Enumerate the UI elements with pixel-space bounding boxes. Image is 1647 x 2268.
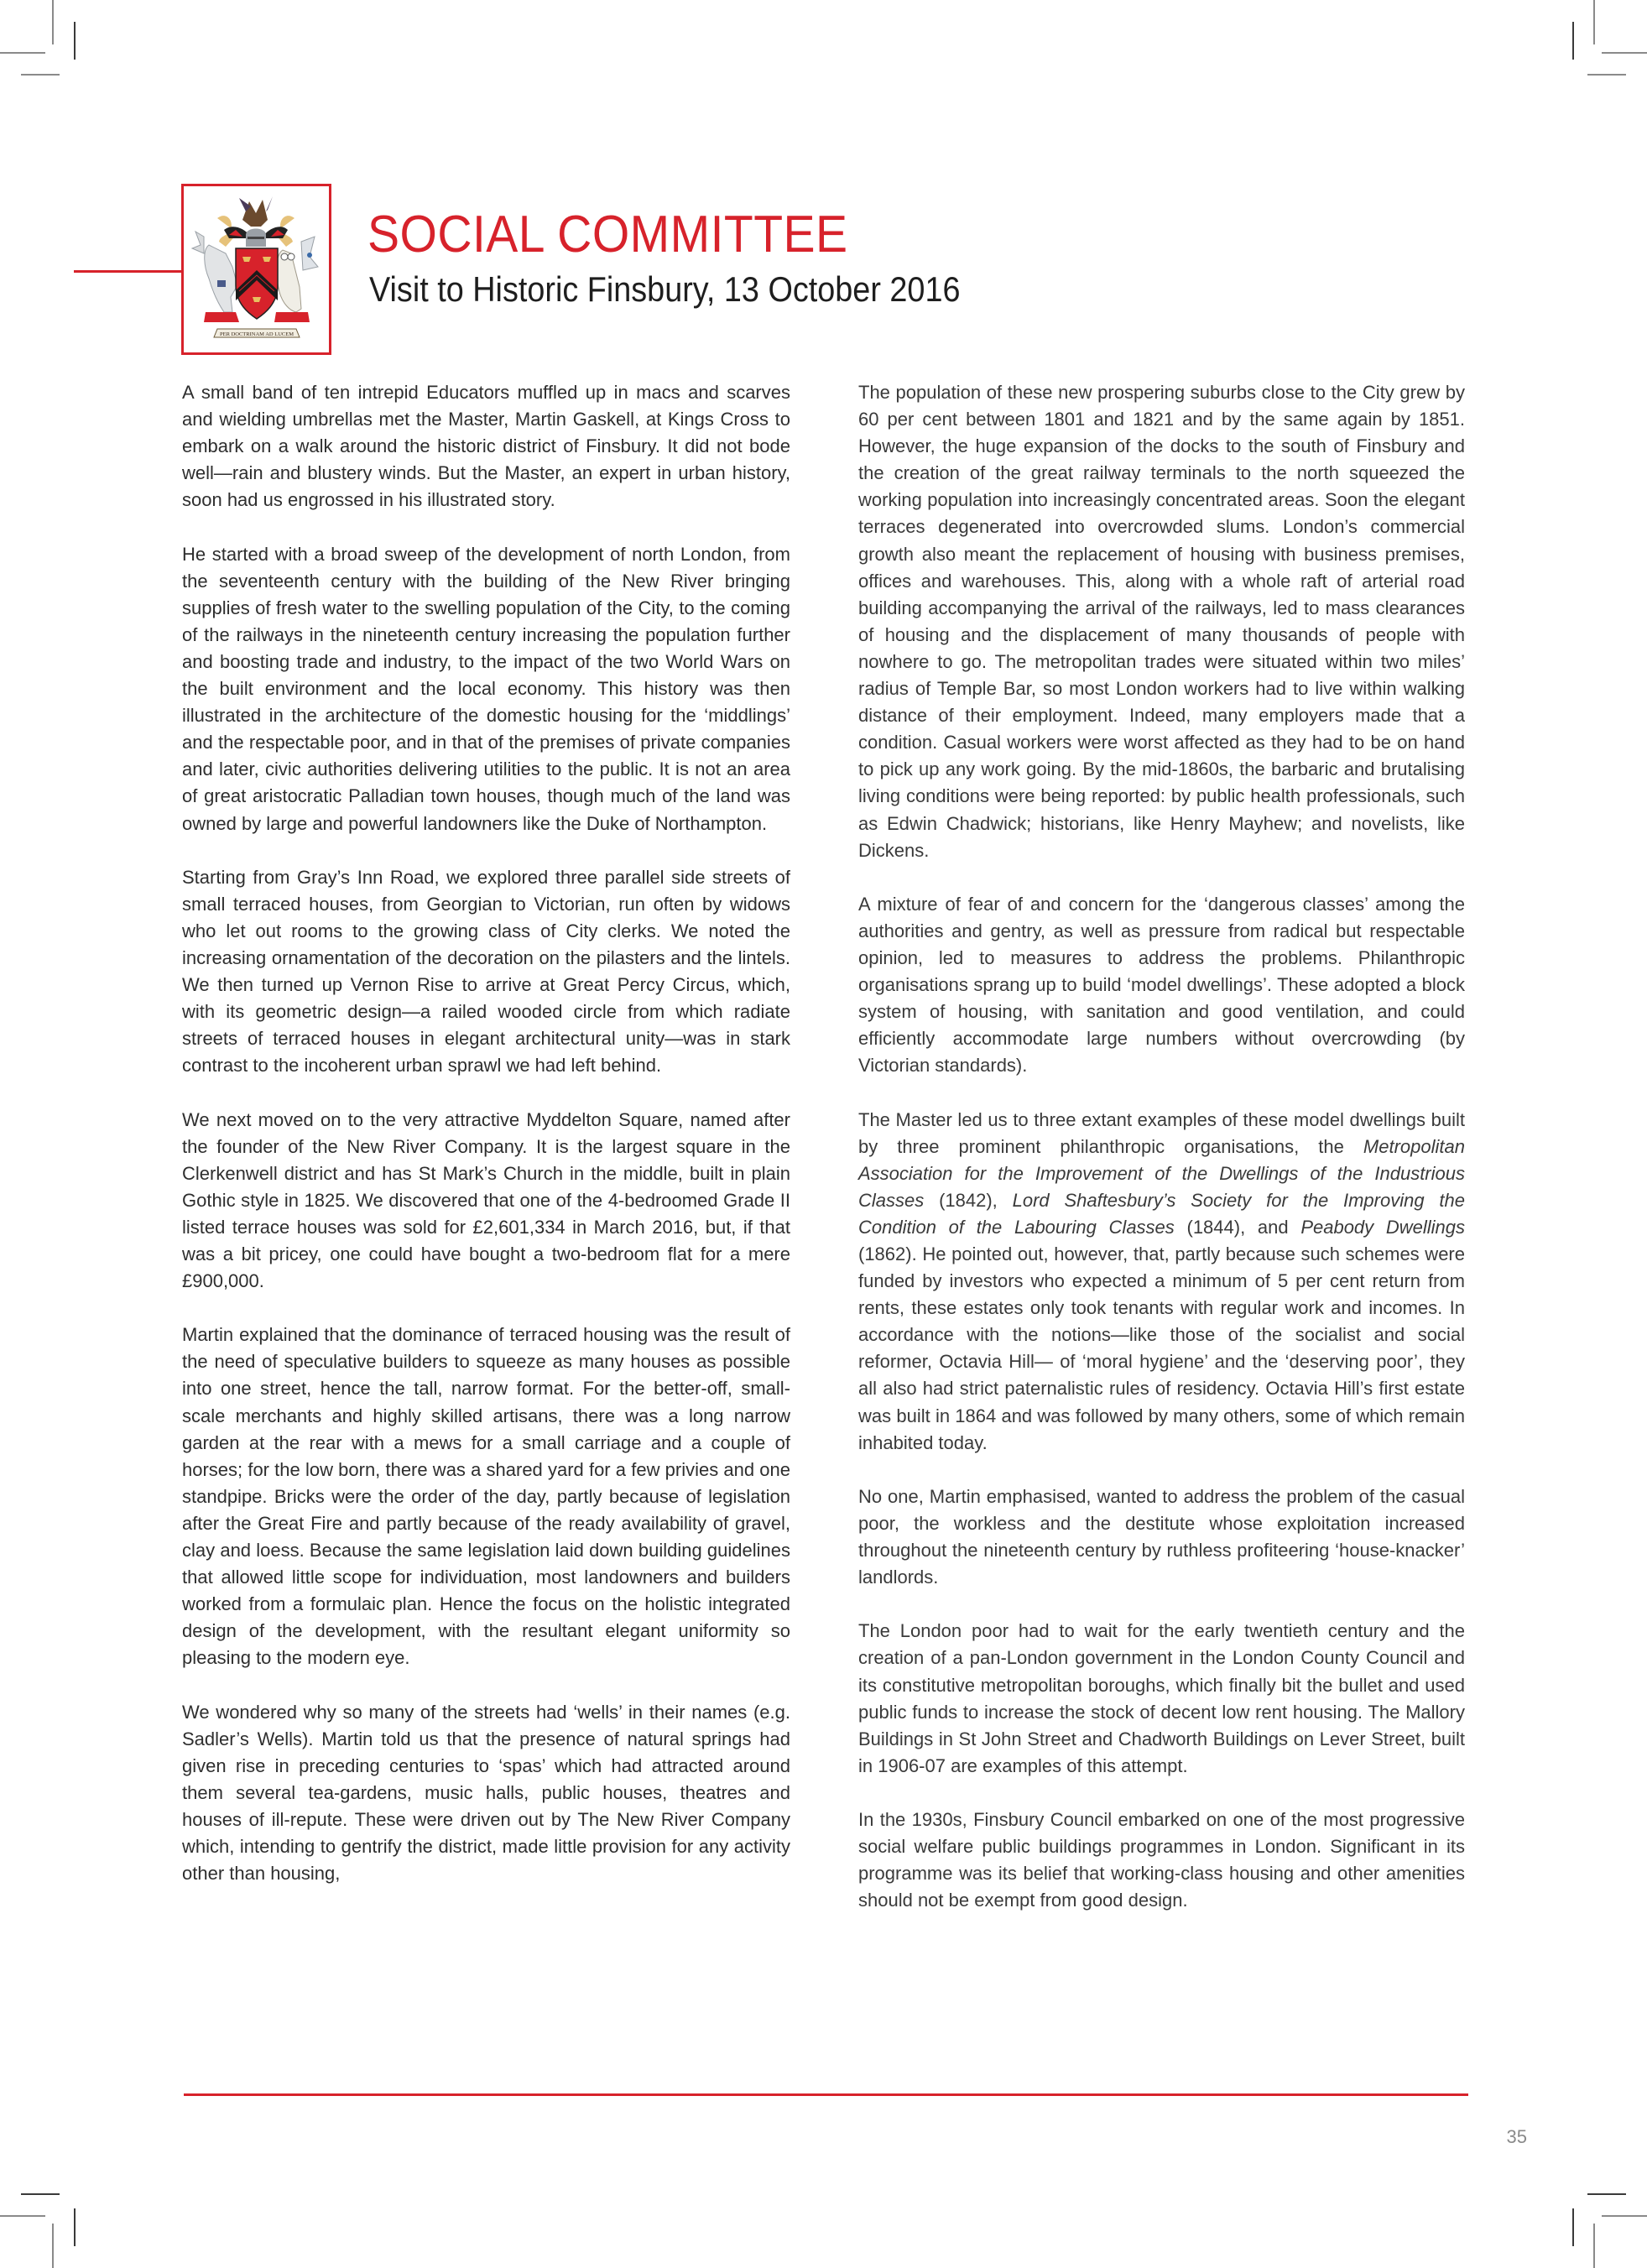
page-title: SOCIAL COMMITTEE <box>367 205 848 265</box>
crop-mark <box>74 2208 76 2246</box>
page-number: 35 <box>1493 2126 1527 2148</box>
text-run: (1844), and <box>1175 1217 1301 1238</box>
crop-mark <box>52 2224 54 2268</box>
text-run: (1842), <box>924 1190 1012 1211</box>
crop-mark <box>1572 22 1574 60</box>
left-column: A small band of ten intrepid Educators m… <box>182 379 790 1914</box>
text-run: A mixture of fear of and concern for the… <box>858 894 1465 1077</box>
text-run: Starting from Gray’s Inn Road, we explor… <box>182 867 790 1077</box>
crop-mark <box>1593 2224 1595 2268</box>
page-subtitle: Visit to Historic Finsbury, 13 October 2… <box>369 268 961 311</box>
header-connector-line <box>74 270 181 273</box>
paragraph: A mixture of fear of and concern for the… <box>858 891 1465 1080</box>
paragraph: We next moved on to the very attractive … <box>182 1107 790 1296</box>
paragraph: No one, Martin emphasised, wanted to add… <box>858 1483 1465 1591</box>
crop-mark <box>1602 2215 1647 2217</box>
crop-mark <box>1602 52 1647 54</box>
text-run: A small band of ten intrepid Educators m… <box>182 382 790 510</box>
paragraph: The London poor had to wait for the earl… <box>858 1618 1465 1780</box>
text-run: In the 1930s, Finsbury Council embarked … <box>858 1809 1465 1911</box>
crop-mark <box>1572 2208 1574 2246</box>
coat-of-arms-icon: PER DOCTRINAM AD LUCEM <box>184 186 329 352</box>
paragraph: A small band of ten intrepid Educators m… <box>182 379 790 514</box>
right-column: The population of these new prospering s… <box>858 379 1465 1941</box>
paragraph: Martin explained that the dominance of t… <box>182 1322 790 1671</box>
svg-text:PER DOCTRINAM AD LUCEM: PER DOCTRINAM AD LUCEM <box>220 331 294 337</box>
crop-mark <box>74 22 76 60</box>
italic-text: Peabody Dwellings <box>1300 1217 1465 1238</box>
paragraph: The Master led us to three extant exampl… <box>858 1107 1465 1457</box>
text-run: The population of these new prospering s… <box>858 382 1465 861</box>
text-run: (1862). He pointed out, however, that, p… <box>858 1243 1465 1453</box>
paragraph: Starting from Gray’s Inn Road, we explor… <box>182 864 790 1080</box>
crop-mark <box>0 52 45 54</box>
crop-mark <box>1593 0 1595 44</box>
crop-mark <box>21 2193 60 2195</box>
text-run: The London poor had to wait for the earl… <box>858 1620 1465 1775</box>
footer-rule <box>184 2093 1468 2096</box>
paragraph: He started with a broad sweep of the dev… <box>182 541 790 837</box>
text-run: We next moved on to the very attractive … <box>182 1109 790 1292</box>
text-run: We wondered why so many of the streets h… <box>182 1702 790 1885</box>
text-run: No one, Martin emphasised, wanted to add… <box>858 1486 1465 1588</box>
paragraph: In the 1930s, Finsbury Council embarked … <box>858 1807 1465 1914</box>
text-run: He started with a broad sweep of the dev… <box>182 544 790 834</box>
crest-frame: PER DOCTRINAM AD LUCEM <box>181 184 331 355</box>
crop-mark <box>21 74 60 76</box>
text-run: Martin explained that the dominance of t… <box>182 1324 790 1668</box>
paragraph: We wondered why so many of the streets h… <box>182 1699 790 1888</box>
crop-mark <box>52 0 54 44</box>
paragraph: The population of these new prospering s… <box>858 379 1465 864</box>
crop-mark <box>0 2215 45 2217</box>
crop-mark <box>1587 74 1626 76</box>
crop-mark <box>1587 2193 1626 2195</box>
